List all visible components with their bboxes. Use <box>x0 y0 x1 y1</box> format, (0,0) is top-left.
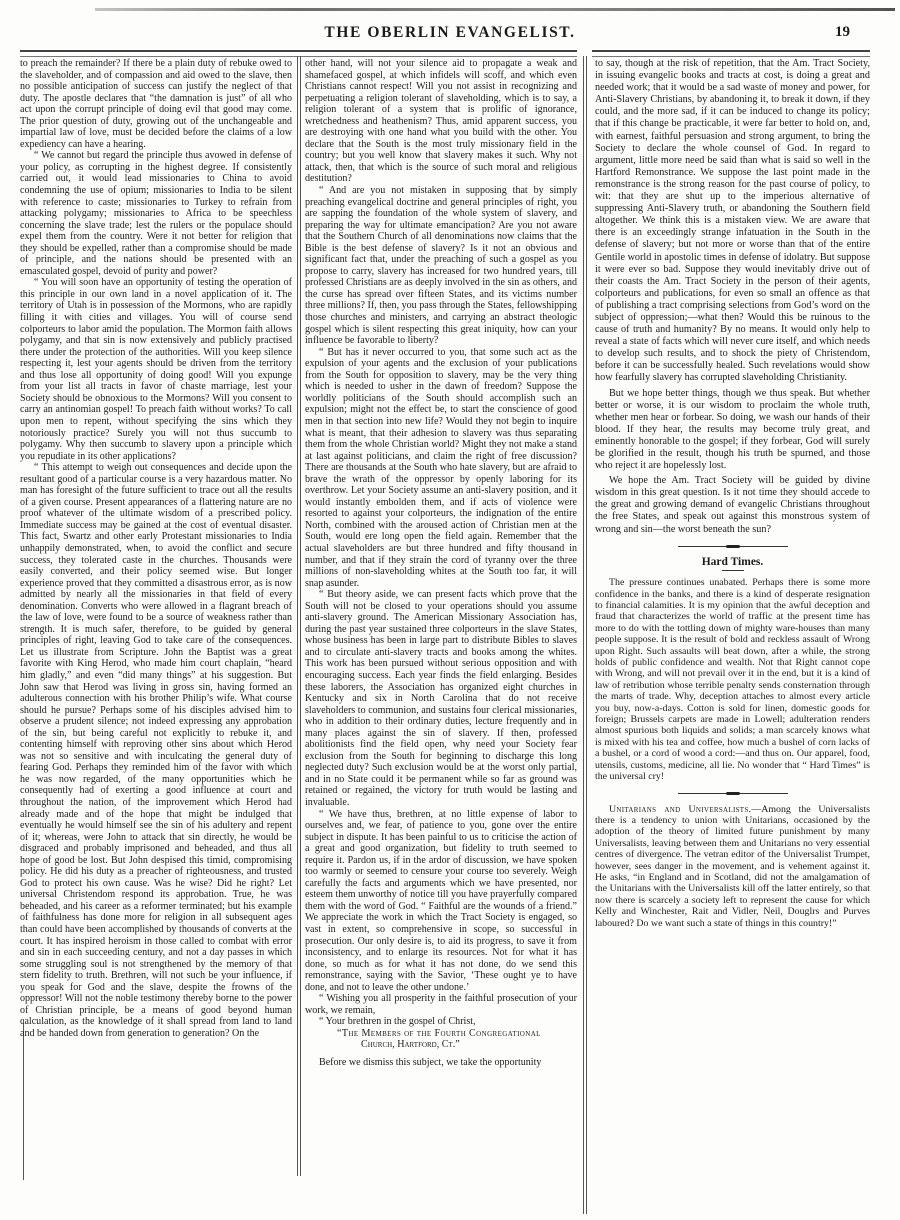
signature-line-1: “The Members of the Fourth Congregationa… <box>305 1028 577 1040</box>
paragraph: “ And are you not mistaken in supposing … <box>305 185 577 347</box>
paragraph: other hand, will not your silence aid to… <box>305 58 577 185</box>
paragraph: “ We have thus, brethren, at no little e… <box>305 809 577 994</box>
paragraph: But we hope better things, though we thu… <box>595 388 870 473</box>
article-unitarians-universalists: Unitarians and Universalists.—Among the … <box>595 804 870 929</box>
heading-underline <box>722 570 744 571</box>
section-divider <box>678 793 788 794</box>
article-body: The pressure continues unabated. Perhaps… <box>595 577 870 782</box>
paragraph: “ You will soon have an opportunity of t… <box>20 277 292 462</box>
page-number: 19 <box>835 24 850 41</box>
editorial-paragraph: Before we dismiss this subject, we take … <box>305 1057 577 1069</box>
top-border-rule <box>95 8 895 11</box>
article-heading: Hard Times. <box>595 557 870 569</box>
article-body: —Among the Universalists there is a tend… <box>595 804 870 929</box>
paragraph: to preach the remainder? If there be a p… <box>20 58 292 150</box>
column-1: to preach the remainder? If there be a p… <box>20 58 292 1039</box>
paragraph: “ Wishing you all prosperity in the fait… <box>305 993 577 1016</box>
column-3: to say, though at the risk of repetition… <box>595 58 870 929</box>
newspaper-title: THE OBERLIN EVANGELIST. <box>0 24 900 42</box>
paragraph: to say, though at the risk of repetition… <box>595 58 870 385</box>
letter-closing: “ Your brethren in the gospel of Christ, <box>305 1016 577 1028</box>
masthead: THE OBERLIN EVANGELIST. 19 <box>0 24 900 48</box>
paragraph: “ We cannot but regard the principle thu… <box>20 150 292 277</box>
paragraph: “ But theory aside, we can present facts… <box>305 589 577 808</box>
column-2: other hand, will not your silence aid to… <box>305 58 577 1069</box>
article-hard-times: Hard Times. The pressure continues unaba… <box>595 557 870 783</box>
column-divider-1 <box>297 56 301 1176</box>
article-lead-in: Unitarians and Universalists. <box>609 804 751 815</box>
paragraph: We hope the Am. Tract Society will be gu… <box>595 475 870 535</box>
column-divider-2 <box>583 56 587 1214</box>
section-divider <box>678 546 788 547</box>
paragraph: “ This attempt to weigh out consequences… <box>20 462 292 1039</box>
paragraph: “ But has it never occurred to you, that… <box>305 347 577 589</box>
header-rule-right <box>592 50 870 57</box>
column-margin-rule <box>23 1020 24 1180</box>
signature-line-2: Church, Hartford, Ct.” <box>305 1039 577 1051</box>
